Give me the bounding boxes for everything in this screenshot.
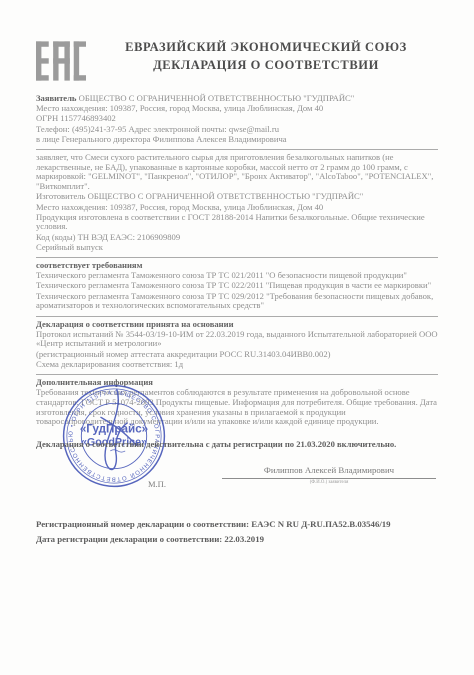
manufacturer-label: Изготовитель — [36, 191, 85, 201]
registration-number-line: Регистрационный номер декларации о соотв… — [36, 519, 438, 529]
document-title: ЕВРАЗИЙСКИЙ ЭКОНОМИЧЕСКИЙ СОЮЗ ДЕКЛАРАЦИ… — [86, 38, 438, 74]
regulation-item: Технического регламента Таможенного союз… — [36, 292, 438, 311]
applicant-label: Заявитель — [36, 93, 76, 103]
divider — [36, 149, 438, 150]
signature-block: Филиппов Алексей Владимирович (Ф.И.О.) з… — [222, 465, 436, 485]
basis-accreditation: (регистрационный номер аттестата аккреди… — [36, 350, 438, 360]
regulation-item: Технического регламента Таможенного союз… — [36, 281, 438, 291]
applicant-contacts: Телефон: (495)241-37-95 Адрес электронно… — [36, 125, 438, 135]
manufacturer-name: ОБЩЕСТВО С ОГРАНИЧЕННОЙ ОТВЕТСТВЕННОСТЬЮ… — [88, 191, 364, 201]
product-declaration-text: заявляет, что Смеси сухого растительного… — [36, 153, 438, 192]
product-gost: Продукция изготовлена в соответствии с Г… — [36, 213, 438, 232]
stamp-flourish — [110, 450, 125, 452]
basis-section: Декларация о соответствии принята на осн… — [36, 319, 438, 373]
validity-statement: Декларация о соответствии действительна … — [36, 439, 438, 449]
product-section: заявляет, что Смеси сухого растительного… — [36, 152, 438, 255]
manufacturer-address: Место нахождения: 109387, Россия, город … — [36, 203, 438, 213]
title-union: ЕВРАЗИЙСКИЙ ЭКОНОМИЧЕСКИЙ СОЮЗ — [98, 38, 434, 56]
eac-logo-icon — [36, 40, 86, 82]
title-declaration: ДЕКЛАРАЦИЯ О СООТВЕТСТВИИ — [98, 56, 434, 74]
stamp-company-name-ru: «ГудПрайс» — [80, 422, 148, 435]
divider — [36, 316, 438, 317]
product-release-type: Серийный выпуск — [36, 243, 438, 253]
manufacturer-line: Изготовитель ОБЩЕСТВО С ОГРАНИЧЕННОЙ ОТВ… — [36, 192, 438, 202]
product-tnved-code: Код (коды) ТН ВЭД ЕАЭС: 2106909809 — [36, 233, 438, 243]
basis-protocol: Протокол испытаний № 3544-03/19-10-ИМ от… — [36, 330, 438, 349]
applicant-name: ОБЩЕСТВО С ОГРАНИЧЕННОЙ ОТВЕТСТВЕННОСТЬЮ… — [79, 93, 355, 103]
divider — [36, 374, 438, 375]
registration-section: Регистрационный номер декларации о соотв… — [36, 519, 438, 544]
basis-scheme: Схема декларирования соответствия: 1д — [36, 360, 438, 370]
document-header: ЕВРАЗИЙСКИЙ ЭКОНОМИЧЕСКИЙ СОЮЗ ДЕКЛАРАЦИ… — [36, 38, 438, 82]
applicant-section: Заявитель ОБЩЕСТВО С ОГРАНИЧЕННОЙ ОТВЕТС… — [36, 93, 438, 147]
signatory-caption: (Ф.И.О.) заявителя — [222, 480, 436, 485]
divider — [36, 257, 438, 258]
applicant-ogrn: ОГРН 1157746893402 — [36, 114, 438, 124]
declaration-document: ЕВРАЗИЙСКИЙ ЭКОНОМИЧЕСКИЙ СОЮЗ ДЕКЛАРАЦИ… — [0, 0, 474, 675]
registration-date-line: Дата регистрации декларации о соответств… — [36, 534, 438, 544]
signatory-name: Филиппов Алексей Владимирович — [222, 465, 436, 479]
basis-heading: Декларация о соответствии принята на осн… — [36, 320, 438, 330]
applicant-representative: в лице Генерального директора Филиппова … — [36, 135, 438, 145]
company-stamp: ОБЩЕСТВО С ОГРАНИЧЕННОЙ ОТВЕТСТВЕННОСТЬЮ… — [58, 380, 170, 492]
compliance-section: соответствует требованиям Технического р… — [36, 260, 438, 314]
